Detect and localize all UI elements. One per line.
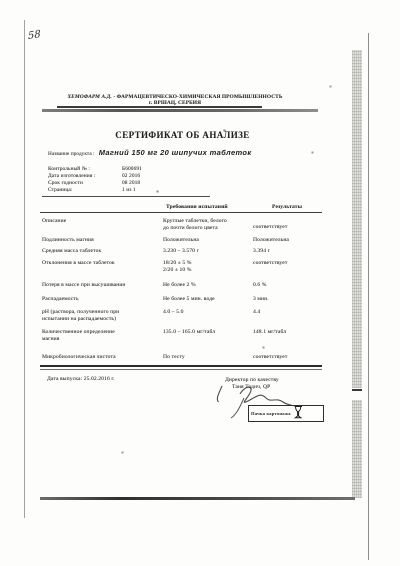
header-underline-gray [42,109,318,112]
info-label: Страница: [48,187,122,194]
scan-specks [0,0,1,1]
scanned-certificate-page: 58 ХЕМОФАРМ А.Д. - ФАРМАЦЕВТИЧЕСКО-ХИМИЧ… [0,0,400,566]
result-cell: 148.1 мг/табл [253,329,328,336]
spec-name-cell: Распадаемость [42,296,160,303]
page-bottom-rule [40,497,355,500]
product-name: Магний 150 мг 20 шипучих таблеток [99,148,252,157]
spec-name-cell: Отклонения в массе таблеток [42,260,160,267]
info-underline [42,196,210,197]
spec-name-cell: pH (раствора, полученного при испытании … [42,309,160,323]
product-label: Название продукта : [48,151,95,157]
requirement-cell: 3.230 – 3.570 г [163,248,251,255]
spec-name-cell: Средняя масса таблеток [42,248,160,255]
result-cell: соответствует [253,260,328,267]
fragile-glass-icon [293,405,304,420]
spec-name-cell: Микробиологическая чистота [42,354,160,361]
info-row-expiry-date: Срок годности 08 2018 [48,180,248,187]
spec-name-cell: Описание [42,218,160,225]
stamp-box: Пачка картонажа [248,405,324,422]
table-row: Описание Круглые таблетки, белого до поч… [42,218,332,234]
result-cell: Положительна [253,237,328,244]
requirement-cell: Не более 5 мин. воде [163,296,251,303]
spec-name-cell: Количественное определение магния [42,329,160,343]
result-cell: 4.4 [253,309,328,316]
spec-name-cell: Подлинность магния [42,237,160,244]
requirement-cell: 18/20 ± 5 % 2/20 ± 10 % [163,260,251,274]
requirement-cell: По тесту [163,354,251,361]
result-cell: 3.394 г [253,248,328,255]
requirement-cell: Положительна [163,237,251,244]
result-cell: соответствует [253,354,328,361]
batch-info-block: Контрольный № : Б600691 Дата изготовлени… [48,166,248,194]
scan-edge-right-line [368,33,369,560]
scan-edge-left-line [24,20,25,518]
scan-noise-strip-bottom [352,400,362,498]
table-bottom-rule-light [40,369,322,370]
handwritten-corner-mark: 58 [28,29,41,42]
info-row-page: Страница: 1 из 1 [48,187,248,194]
header-underline-dark [57,106,262,108]
stamp-label: Пачка картонажа [249,411,291,416]
result-cell: соответствует [253,218,328,231]
company-header: ХЕМОФАРМ А.Д. - ФАРМАЦЕВТИЧЕСКО-ХИМИЧЕСК… [55,94,295,107]
requirement-cell: Круглые таблетки, белого до почти белого… [163,218,251,232]
result-cell: 3 мин. [253,296,328,303]
col-header-results: Результаты [272,204,302,210]
info-value: 1 из 1 [122,187,136,194]
company-name: ХЕМОФАРМ А.Д. [67,94,111,100]
result-cell: 0.6 % [253,282,328,289]
table-row: pH (раствора, полученного при испытании … [42,309,332,325]
requirement-cell: Не более 2 % [163,282,251,289]
requirement-cell: 4.0 – 5.0 [163,309,251,316]
release-date: Дата выпуска: 25.02.2016 г. [47,376,115,382]
product-name-row: Название продукта : Магний 150 мг 20 шип… [48,148,252,157]
table-header-underline [40,212,322,213]
table-bottom-rule-dark [40,365,322,367]
certificate-title: СЕРТИФИКАТ ОБ АНАЛИЗЕ [60,130,305,140]
table-row: Отклонения в массе таблеток 18/20 ± 5 % … [42,260,332,276]
spec-name-cell: Потеря в массе при высушивании [42,282,160,289]
scan-noise-mark [352,389,362,391]
table-row: Количественное определение магния 135.0 … [42,329,332,345]
col-header-requirements: Требования испытаний [166,204,228,210]
scan-noise-strip-top [352,50,362,388]
requirement-cell: 135.0 – 165.0 мг/табл [163,329,251,336]
